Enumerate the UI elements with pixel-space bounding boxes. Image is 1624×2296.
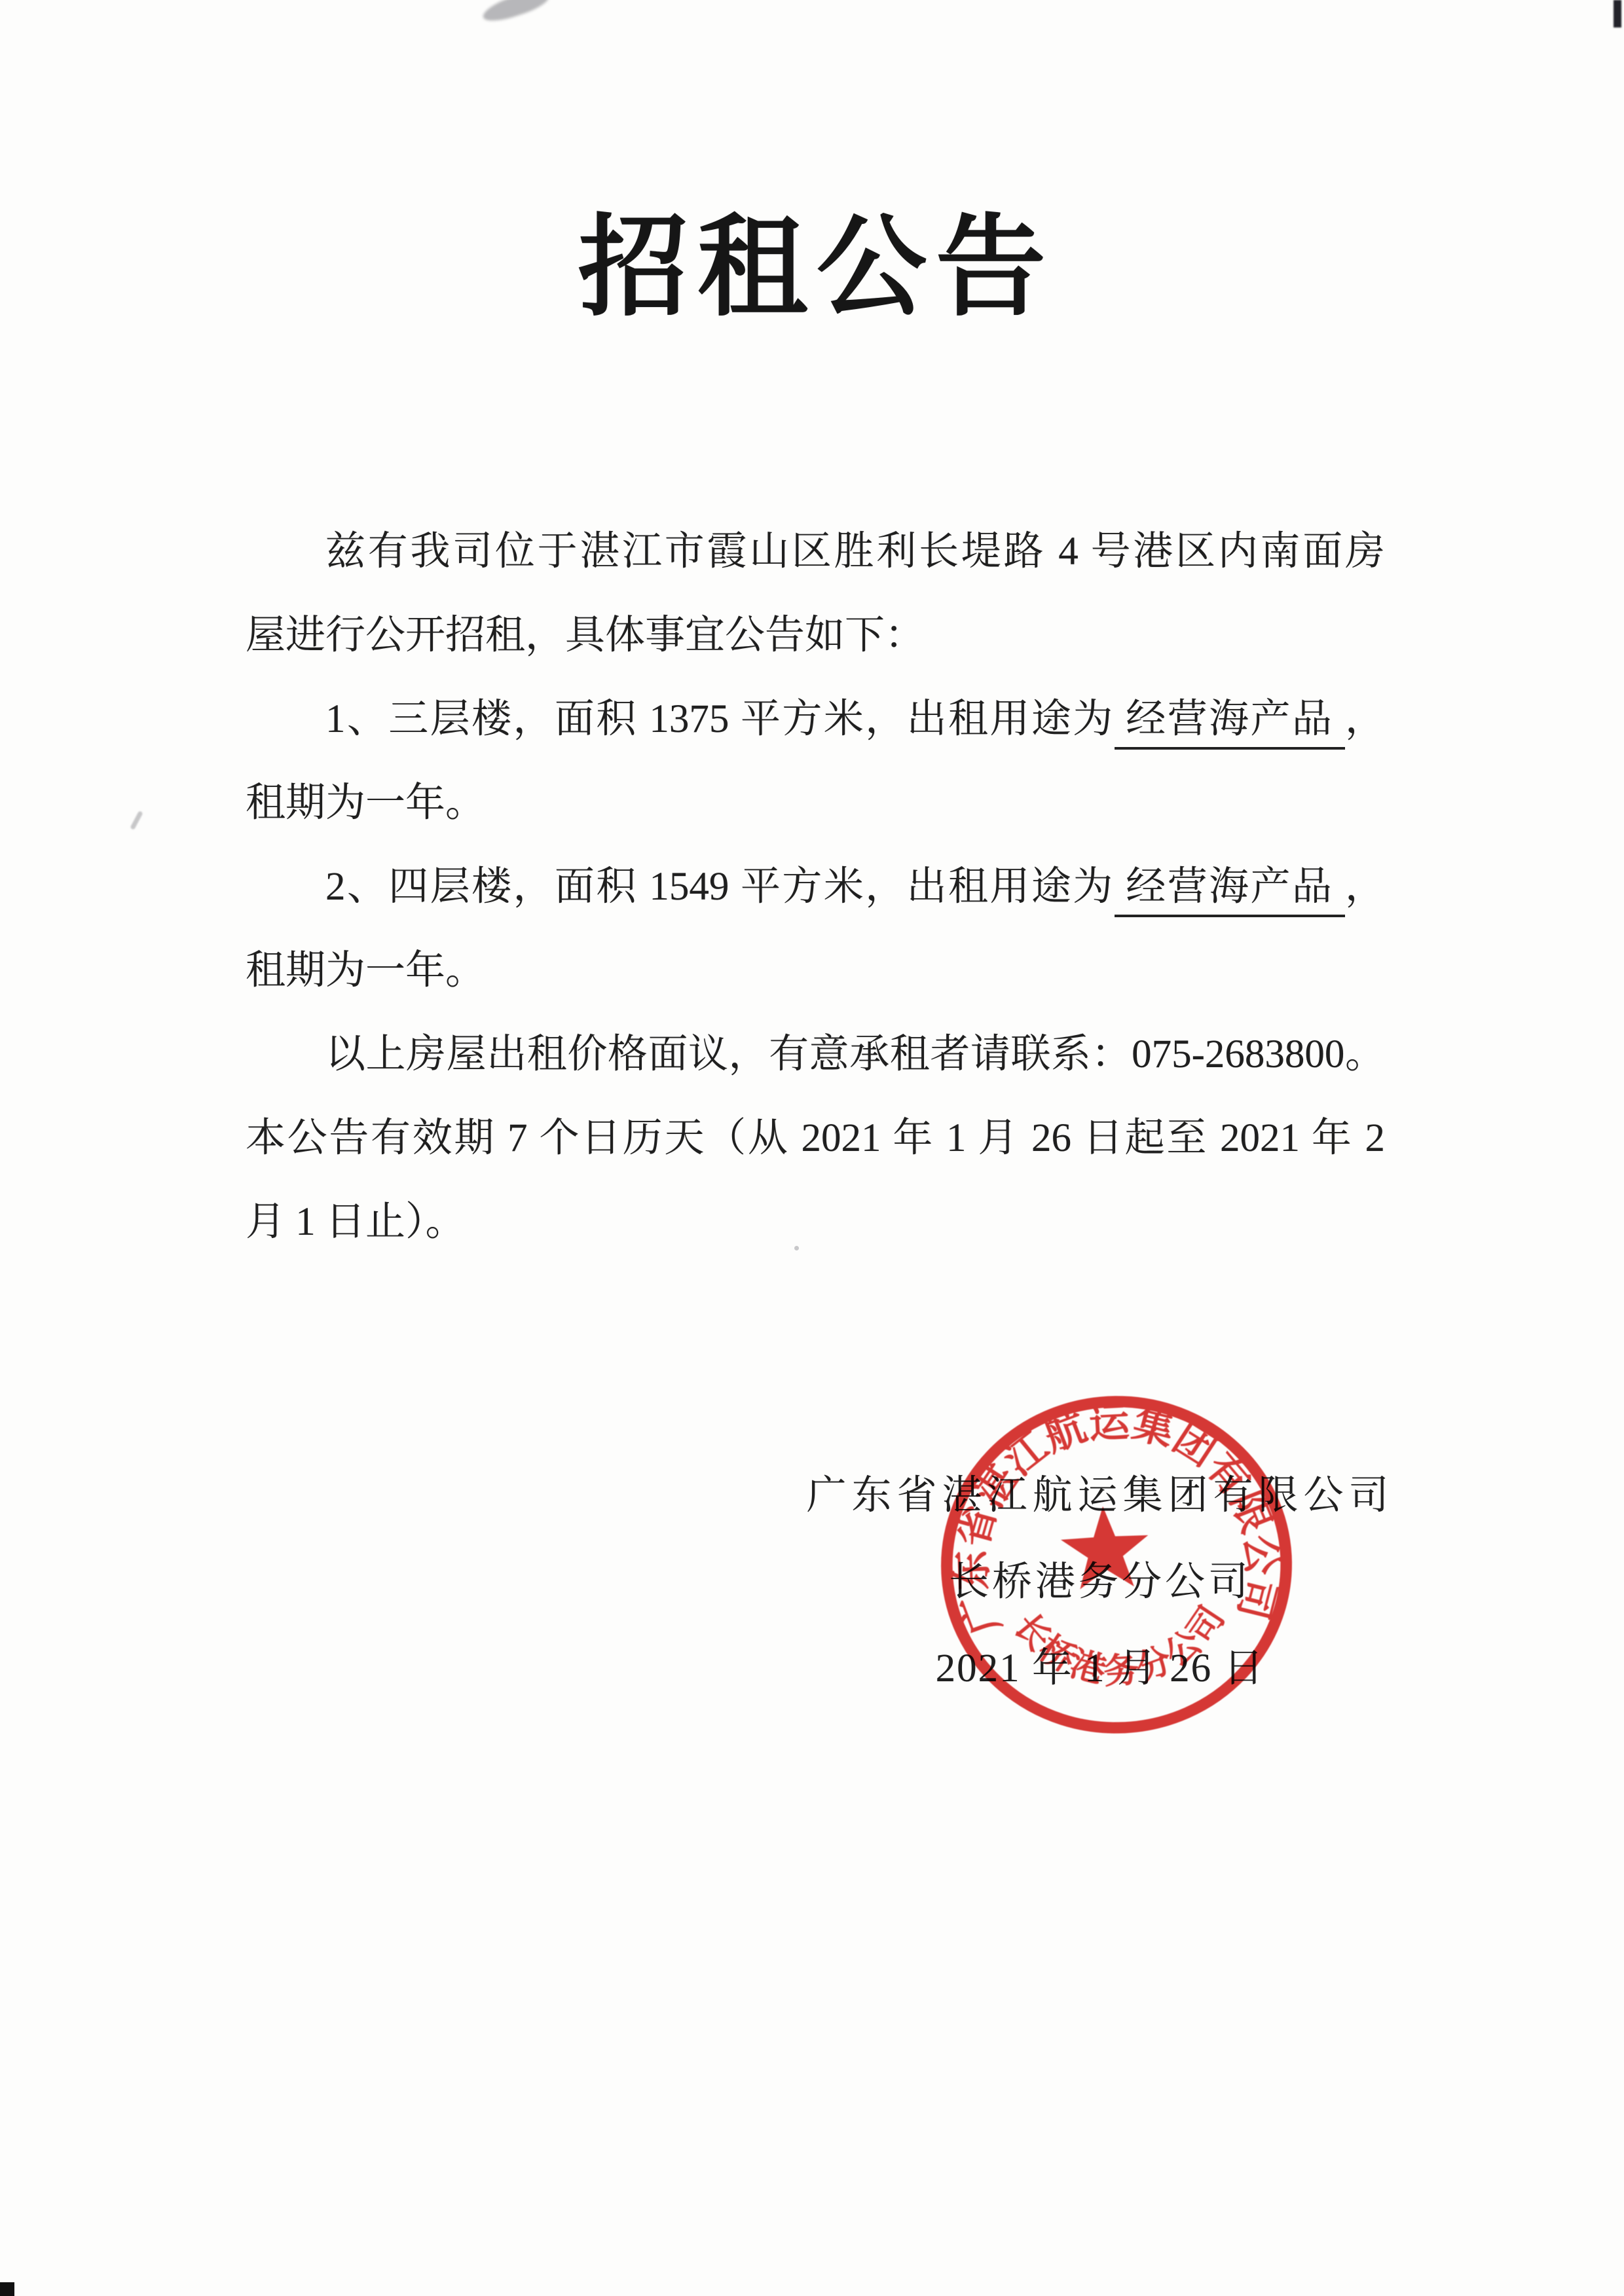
signature-date: 2021 年 1 月 26 日: [694, 1626, 1506, 1712]
text-segment: 1、三层楼，面积 1375 平方米，出租用途为: [325, 697, 1115, 741]
body-line: 以上房屋出租价格面议，有意承租者请联系：075-2683800。: [246, 1013, 1385, 1097]
scan-artifact: [130, 811, 143, 830]
scan-artifact: [0, 2282, 14, 2296]
body-line: 租期为一年。: [246, 929, 1385, 1013]
text-segment: 月 1 日止）。: [246, 1200, 466, 1244]
underlined-text: 经营海产品: [1115, 697, 1345, 750]
body-line: 本公告有效期 7 个日历天（从 2021 年 1 月 26 日起至 2021 年…: [246, 1097, 1385, 1180]
text-segment: 以上房屋出租价格面议，有意承租者请联系：075-2683800。: [325, 1032, 1385, 1076]
text-segment: ，: [1345, 865, 1385, 909]
text-segment: 兹有我司位于湛江市霞山区胜利长堤路 4 号港区内南面房: [325, 530, 1385, 574]
scan-artifact: [480, 0, 551, 26]
scan-artifact: [1614, 0, 1621, 27]
text-segment: 租期为一年。: [246, 949, 485, 993]
body-text: 兹有我司位于湛江市霞山区胜利长堤路 4 号港区内南面房屋进行公开招租，具体事宜公…: [246, 510, 1385, 1264]
document-page: 招租公告 兹有我司位于湛江市霞山区胜利长堤路 4 号港区内南面房屋进行公开招租，…: [0, 0, 1624, 2296]
signature-branch: 长桥港务分公司: [694, 1539, 1506, 1626]
signature-company: 广东省湛江航运集团有限公司: [694, 1453, 1506, 1539]
text-segment: ，: [1345, 697, 1385, 741]
text-segment: 2、四层楼，面积 1549 平方米，出租用途为: [325, 865, 1115, 909]
text-segment: 屋进行公开招租，具体事宜公告如下：: [246, 613, 925, 657]
underlined-text: 经营海产品: [1115, 865, 1345, 917]
text-segment: 租期为一年。: [246, 781, 485, 825]
body-line: 兹有我司位于湛江市霞山区胜利长堤路 4 号港区内南面房: [246, 510, 1385, 594]
body-line: 2、四层楼，面积 1549 平方米，出租用途为 经营海产品 ，: [246, 845, 1385, 929]
text-segment: 本公告有效期 7 个日历天（从 2021 年 1 月 26 日起至 2021 年…: [246, 1116, 1385, 1160]
body-line: 租期为一年。: [246, 761, 1385, 845]
body-line: 屋进行公开招租，具体事宜公告如下：: [246, 594, 1385, 678]
body-line: 1、三层楼，面积 1375 平方米，出租用途为 经营海产品 ，: [246, 678, 1385, 761]
body-line: 月 1 日止）。: [246, 1180, 1385, 1264]
signature-block: 广东省湛江航运集团有限公司 长桥港务分公司 2021 年 1 月 26 日: [694, 1453, 1506, 1712]
page-title: 招租公告: [0, 213, 1624, 323]
